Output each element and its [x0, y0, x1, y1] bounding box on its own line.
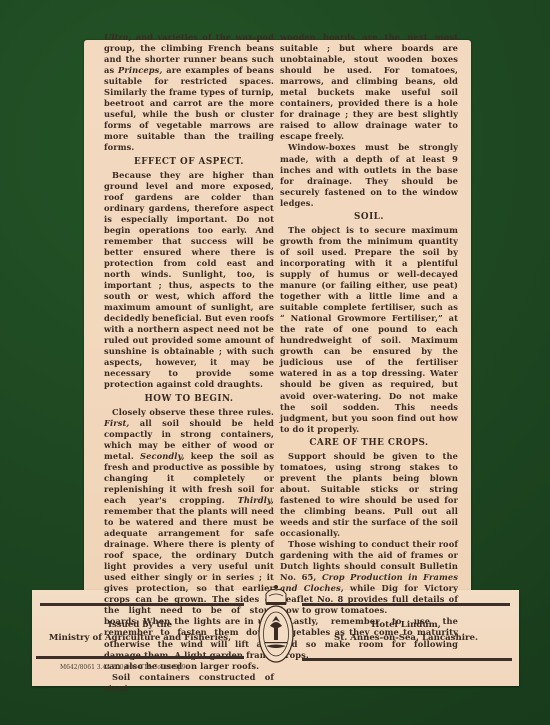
footer-rule-top-left	[40, 603, 244, 606]
care-paragraph: Support should be given to the tomatoes,…	[280, 451, 458, 539]
containers-paragraph: wooden boards are the next most suitable…	[280, 32, 458, 142]
issued-line-2: Ministry of Agriculture and Fisheries,	[40, 632, 240, 645]
ministry-crest-wheatsheaf-icon	[256, 582, 296, 668]
address-line-2: St. Annes-on-Sea, Lancashire.	[306, 632, 506, 645]
heading-soil: SOIL.	[280, 212, 458, 223]
left-column: Ultra, and varieties of the wax-pod grou…	[104, 32, 274, 694]
italic-secondly: Secondly,	[140, 451, 185, 461]
intro-rest-text: are examples of beans suitable for restr…	[104, 65, 274, 152]
window-boxes-paragraph: Window-boxes must be strongly made, with…	[280, 142, 458, 208]
italic-first: First,	[104, 418, 129, 428]
footer-rule-bottom-right	[302, 658, 512, 661]
footer-rule-top-right	[302, 603, 510, 606]
right-column: wooden boards are the next most suitable…	[280, 32, 458, 661]
begin-intro: Closely observe these three rules.	[112, 407, 274, 417]
footer-rule-bottom-left	[36, 656, 244, 659]
soil-paragraph: The object is to secure maximum growth f…	[280, 225, 458, 435]
heading-care-of-crops: CARE OF THE CROPS.	[280, 438, 458, 449]
italic-ultra: Ultra,	[104, 32, 131, 42]
address: Hotel Lindum, St. Annes-on-Sea, Lancashi…	[306, 619, 506, 645]
italic-thirdly: Thirdly,	[238, 495, 274, 505]
issued-by: Issued by the Ministry of Agriculture an…	[40, 619, 240, 645]
italic-princeps: Princeps,	[118, 65, 162, 75]
intro-paragraph: Ultra, and varieties of the wax-pod grou…	[104, 32, 274, 154]
aspect-paragraph: Because they are higher than ground leve…	[104, 170, 274, 391]
soil-containers-paragraph: Soil containers constructed of stout	[104, 672, 274, 694]
heading-effect-of-aspect: EFFECT OF ASPECT.	[104, 157, 274, 168]
print-code: M642/8061 3.44 200,000 CT&CoLtd Gp9.	[60, 664, 187, 671]
heading-how-to-begin: HOW TO BEGIN.	[104, 394, 274, 405]
address-line-1: Hotel Lindum,	[306, 619, 506, 632]
issued-line-1: Issued by the	[40, 619, 240, 632]
begin-third-text: remember that the plants will need to be…	[104, 506, 274, 671]
